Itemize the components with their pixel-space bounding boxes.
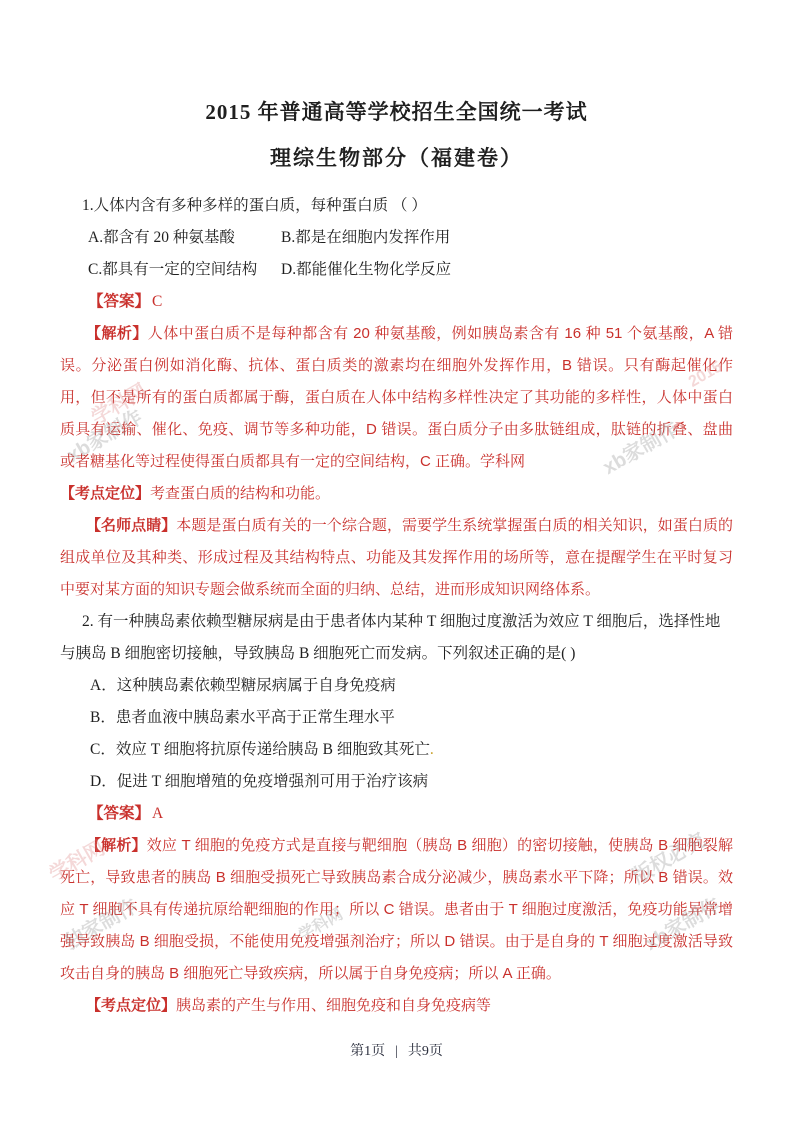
question-1-exam-point: 【考点定位】考查蛋白质的结构和功能。 <box>60 478 733 510</box>
teacher-tip-label: 【名师点睛】 <box>86 517 176 534</box>
question-1-option-c: C.都具有一定的空间结构 <box>88 254 281 286</box>
question-1-options-row-2: C.都具有一定的空间结构D.都能催化生物化学反应 <box>60 254 733 286</box>
exam-body: 1.人体内含有多种多样的蛋白质，每种蛋白质 （ ） A.都含有 20 种氨基酸B… <box>0 190 793 1022</box>
page-number: 第1页 <box>350 1044 385 1059</box>
footer-separator: | <box>385 1044 408 1059</box>
exam-title: 2015 年普通高等学校招生全国统一考试 <box>0 96 793 126</box>
question-1-stem: 1.人体内含有多种多样的蛋白质，每种蛋白质 （ ） <box>60 190 733 222</box>
question-1-options-row-1: A.都含有 20 种氨基酸B.都是在细胞内发挥作用 <box>60 222 733 254</box>
question-1-option-d: D.都能催化生物化学反应 <box>281 261 451 278</box>
question-2-stem: 2. 有一种胰岛素依赖型糖尿病是由于患者体内某种 T 细胞过度激活为效应 T 细… <box>60 606 733 670</box>
answer-label: 【答案】 <box>88 293 150 310</box>
question-1-answer: 【答案】C <box>60 286 733 318</box>
question-2-analysis: 【解析】效应 T 细胞的免疫方式是直接与靶细胞（胰岛 B 细胞）的密切接触，使胰… <box>60 830 733 990</box>
question-2-exam-point: 【考点定位】胰岛素的产生与作用、细胞免疫和自身免疫病等 <box>60 990 733 1022</box>
analysis-text: 效应 T 细胞的免疫方式是直接与靶细胞（胰岛 B 细胞）的密切接触，使胰岛 B … <box>60 837 733 982</box>
question-2-option-c-text: C．效应 T 细胞将抗原传递给胰岛 B 细胞致其死亡 <box>90 741 430 758</box>
answer-label: 【答案】 <box>88 805 150 822</box>
document-page: 学科网 2015 xb家制作 xb家制作 学科网 版权必究 独家制作 xb家制作… <box>0 0 793 1122</box>
question-2-option-a: A．这种胰岛素依赖型糖尿病属于自身免疫病 <box>60 670 733 702</box>
exam-subtitle: 理综生物部分（福建卷） <box>0 142 793 172</box>
exam-point-label: 【考点定位】 <box>86 997 176 1014</box>
answer-value: A <box>150 805 163 822</box>
question-1-option-a: A.都含有 20 种氨基酸 <box>88 222 281 254</box>
question-2-option-c-period: . <box>430 741 434 758</box>
analysis-label: 【解析】 <box>86 837 147 854</box>
exam-point-label: 【考点定位】 <box>60 485 150 502</box>
analysis-text: 人体中蛋白质不是每种都含有 20 种氨基酸，例如胰岛素含有 16 种 51 个氨… <box>60 325 733 470</box>
question-1-analysis: 【解析】人体中蛋白质不是每种都含有 20 种氨基酸，例如胰岛素含有 16 种 5… <box>60 318 733 478</box>
question-2-option-d: D．促进 T 细胞增殖的免疫增强剂可用于治疗该病 <box>60 766 733 798</box>
question-1-teacher-tip: 【名师点睛】本题是蛋白质有关的一个综合题，需要学生系统掌握蛋白质的相关知识，如蛋… <box>60 510 733 606</box>
question-2-option-b: B．患者血液中胰岛素水平高于正常生理水平 <box>60 702 733 734</box>
page-total: 共9页 <box>408 1044 443 1059</box>
question-2-option-c: C．效应 T 细胞将抗原传递给胰岛 B 细胞致其死亡. <box>60 734 733 766</box>
analysis-label: 【解析】 <box>86 325 148 342</box>
exam-point-text: 考查蛋白质的结构和功能。 <box>150 485 330 502</box>
exam-point-text: 胰岛素的产生与作用、细胞免疫和自身免疫病等 <box>176 997 491 1014</box>
page-footer: 第1页|共9页 <box>0 1040 793 1060</box>
question-2-answer: 【答案】A <box>60 798 733 830</box>
answer-value: C <box>150 293 162 310</box>
question-1-option-b: B.都是在细胞内发挥作用 <box>281 229 450 246</box>
